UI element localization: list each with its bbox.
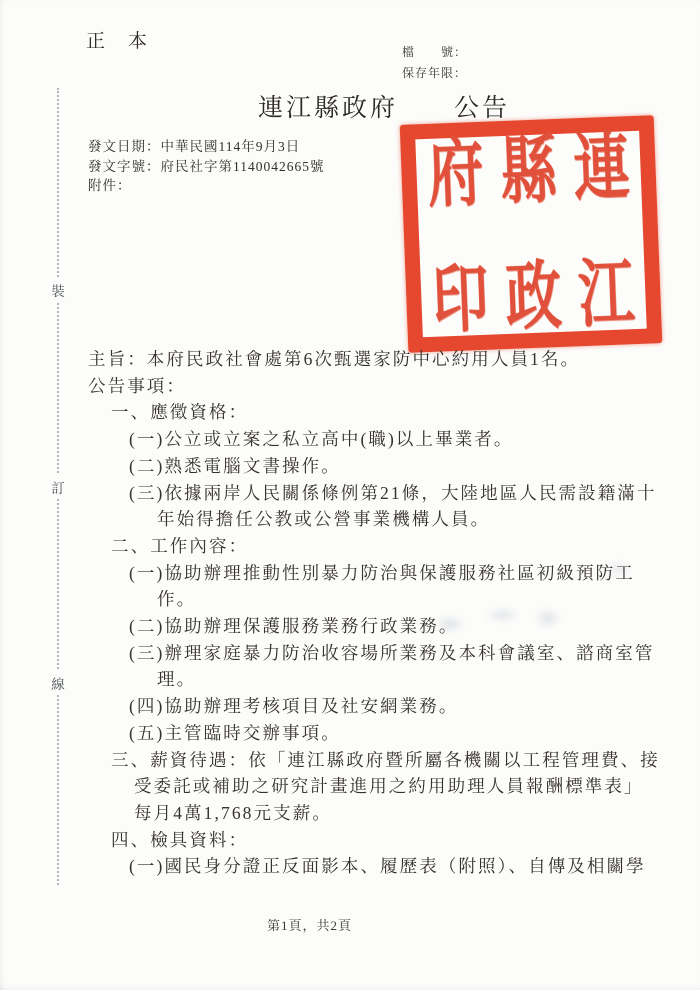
body-line-subject: 主旨：本府民政社會處第6次甄選家防中心約用人員1名。 [88,346,668,373]
file-reference-block: 檔 號： 保存年限： [402,42,467,84]
seal-column: 府 印 [427,146,490,330]
body-line: (一)國民身分證正反面影本、履歷表（附照）、自傳及相關學 [88,853,668,880]
seal-character: 政 [504,260,563,336]
body-line: (二)熟悉電腦文書操作。 [88,453,668,480]
body-line: 作。 [88,586,668,613]
body-line: (二)協助辦理保護服務業務行政業務。 [88,613,668,640]
seal-character: 連 [572,131,631,207]
body-line: (三)辦理家庭暴力防治收容場所業務及本科會議室、諮商室管 [88,640,668,667]
seal-column: 縣 政 [500,143,563,327]
seal-column: 連 江 [573,140,636,324]
body-line: 三、薪資待遇：依「連江縣政府暨所屬各機關以工程管理費、接 [88,747,668,774]
body-line: 二、工作內容： [88,533,668,560]
issue-number-line: 發文字號：府民社字第1140042665號 [88,157,325,177]
body-line: (四)協助辦理考核項目及社安網業務。 [88,693,668,720]
body-line: 受委託或補助之研究計畫進用之約用助理人員報酬標準表」 [88,773,668,800]
body-line: 一、應徵資格： [88,399,668,426]
page-title: 連江縣政府 公告 [258,88,510,124]
body-line: (一)協助辦理推動性別暴力防治與保護服務社區初級預防工 [88,560,668,587]
body-line: 四、檢具資料： [88,827,668,854]
official-seal: 連 江 縣 政 府 印 [400,115,663,353]
retention-period-label: 保存年限： [402,63,467,84]
file-number-label: 檔 號： [402,42,467,63]
body-line: 公告事項： [88,373,668,400]
announcement-body: 主旨：本府民政社會處第6次甄選家防中心約用人員1名。 公告事項： 一、應徵資格：… [88,346,668,880]
page-number-footer: 第1頁，共2頁 [267,915,352,934]
seal-character: 縣 [499,134,558,210]
issue-date-line: 發文日期：中華民國114年9月3日 [88,137,325,157]
seal-characters: 連 江 縣 政 府 印 [427,140,636,330]
binding-mark-ding: 訂 [49,475,67,499]
seal-character: 府 [426,137,485,213]
body-line: 理。 [88,666,668,693]
body-line: (一)公立或立案之私立高中(職)以上畢業者。 [88,426,668,453]
body-line: 每月4萬1,768元支薪。 [88,800,668,827]
body-line: 年始得擔任公教或公營事業機構人員。 [88,506,668,533]
body-line: (五)主管臨時交辦事項。 [88,720,668,747]
binding-mark-xian: 線 [49,671,67,695]
attachment-line: 附件： [88,176,325,196]
announcement-page: 正 本 檔 號： 保存年限： 連江縣政府 公告 發文日期：中華民國114年9月3… [0,0,700,990]
seal-character: 印 [431,263,490,339]
binding-mark-zhuang: 裝 [49,278,67,302]
seal-character: 江 [577,257,636,333]
document-meta: 發文日期：中華民國114年9月3日 發文字號：府民社字第1140042665號 … [88,137,325,196]
body-line: (三)依據兩岸人民關係條例第21條，大陸地區人民需設籍滿十 [88,480,668,507]
copy-type-label: 正 本 [86,26,149,53]
